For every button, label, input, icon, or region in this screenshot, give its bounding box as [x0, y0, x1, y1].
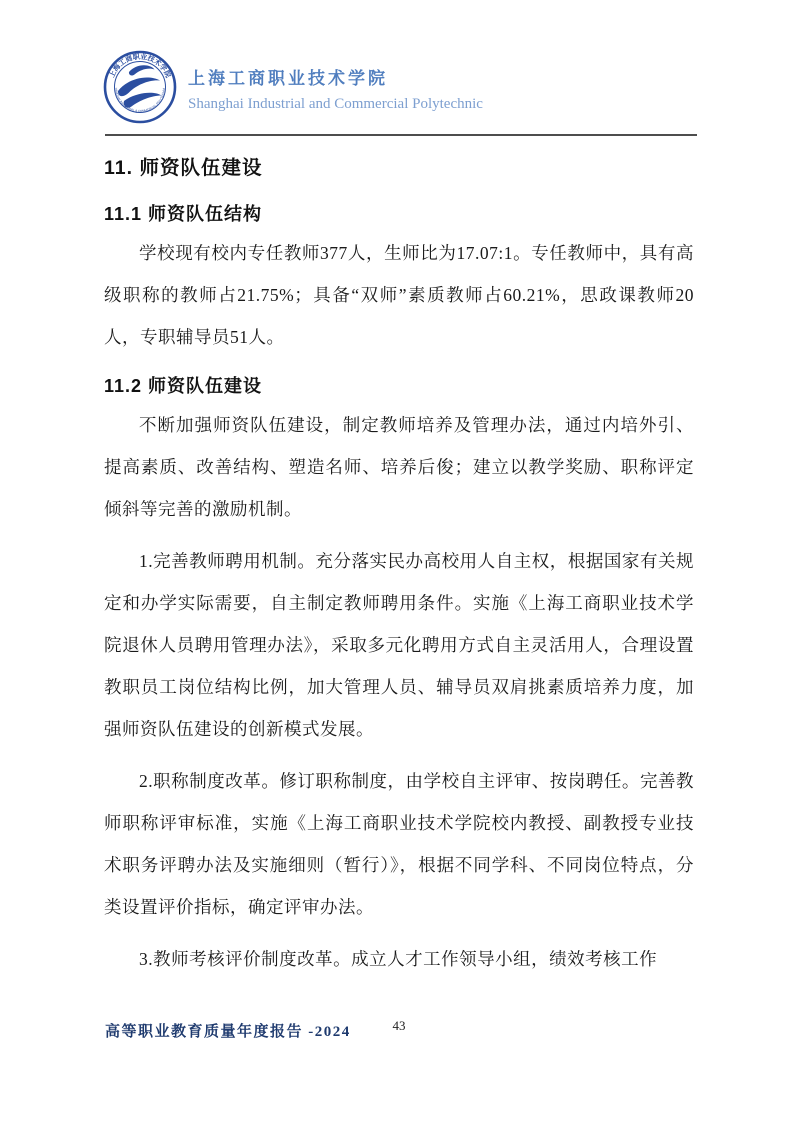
school-name-en: Shanghai Industrial and Commercial Polyt…: [188, 96, 483, 113]
page-header: 上海工商职业技术学院 SHANGHAI INDUSTRIAL & COMMERC…: [103, 50, 483, 124]
school-seal-logo: 上海工商职业技术学院 SHANGHAI INDUSTRIAL & COMMERC…: [103, 50, 177, 124]
paragraph: 不断加强师资队伍建设，制定教师培养及管理办法，通过内培外引、提高素质、改善结构、…: [104, 404, 694, 530]
paragraph: 学校现有校内专任教师377人，生师比为17.07:1。专任教师中，具有高级职称的…: [104, 232, 694, 358]
paragraph: 1.完善教师聘用机制。充分落实民办高校用人自主权，根据国家有关规定和办学实际需要…: [104, 540, 694, 750]
chapter-title: 11. 师资队伍建设: [104, 152, 694, 180]
subsection-title-11-1: 11.1 师资队伍结构: [104, 200, 694, 226]
paragraph: 3.教师考核评价制度改革。成立人才工作领导小组，绩效考核工作: [104, 938, 694, 980]
page-number: 43: [393, 1018, 406, 1034]
document-page: 上海工商职业技术学院 SHANGHAI INDUSTRIAL & COMMERC…: [0, 0, 793, 1122]
document-body: 11. 师资队伍建设 11.1 师资队伍结构 学校现有校内专任教师377人，生师…: [104, 148, 694, 990]
paragraph: 2.职称制度改革。修订职称制度，由学校自主评审、按岗聘任。完善教师职称评审标准，…: [104, 760, 694, 928]
header-divider: [105, 134, 697, 136]
page-footer: 高等职业教育质量年度报告 -2024 43: [104, 1016, 694, 1046]
footer-report-title: 高等职业教育质量年度报告 -2024: [105, 1020, 351, 1041]
school-titles: 上海工商职业技术学院 Shanghai Industrial and Comme…: [188, 62, 483, 113]
school-name-zh: 上海工商职业技术学院: [188, 64, 483, 89]
subsection-title-11-2: 11.2 师资队伍建设: [104, 372, 694, 398]
